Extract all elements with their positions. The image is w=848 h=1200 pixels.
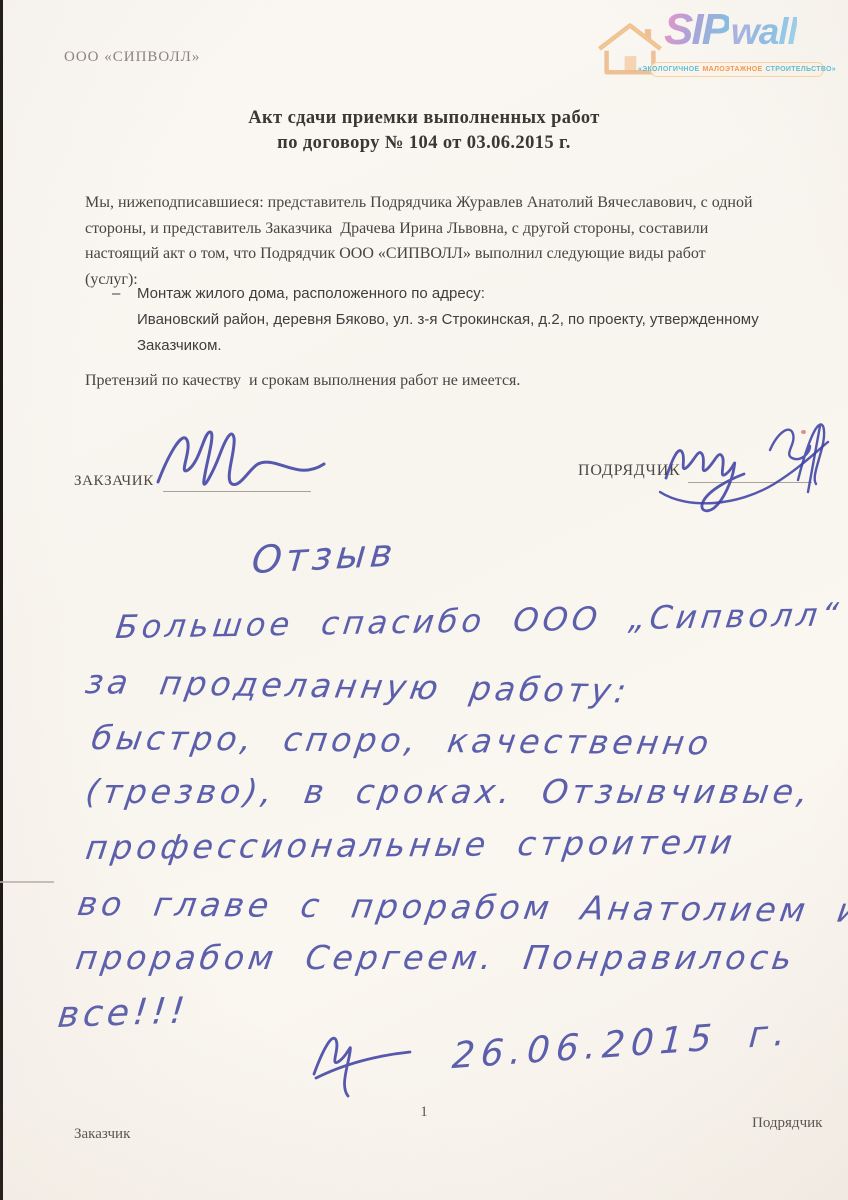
company-name: ООО «СИПВОЛЛ» — [64, 49, 200, 66]
review-line: (трезво), в сроках. Отзывчивые, — [83, 772, 814, 811]
scan-artifact-line — [0, 881, 54, 883]
review-line: быстро, споро, качественно — [89, 718, 715, 762]
work-list: – Монтаж жилого дома, расположенного по … — [112, 281, 759, 359]
intro-paragraph: Мы, нижеподписавшиеся: представитель Под… — [85, 190, 753, 292]
tagline-word: СТРОИТЕЛЬСТВО» — [765, 66, 836, 73]
scanned-document-page: ООО «СИПВОЛЛ» SIPwall «ЭКОЛОГИЧНОЕ МАЛОЭ… — [0, 0, 848, 1200]
claims-statement: Претензий по качеству и срокам выполнени… — [85, 372, 520, 390]
list-dash-marker: – — [112, 281, 137, 307]
customer-signature — [152, 426, 332, 500]
tagline-word: МАЛОЭТАЖНОЕ — [702, 66, 762, 73]
work-item-line: Ивановский район, деревня Бяково, ул. з-… — [137, 307, 759, 333]
document-title: Акт сдачи приемки выполненных работ по д… — [0, 106, 848, 156]
logo-tagline: «ЭКОЛОГИЧНОЕ МАЛОЭТАЖНОЕ СТРОИТЕЛЬСТВО» — [650, 62, 824, 77]
review-title: Отзыв — [250, 530, 398, 582]
review-line: прорабом Сергеем. Понравилось — [73, 938, 798, 977]
intro-line: Мы, нижеподписавшиеся: представитель Под… — [85, 190, 753, 216]
contractor-signature — [652, 416, 842, 522]
review-line: во главе с прорабом Анатолием и — [75, 884, 848, 930]
logo-wordmark: SIPwall — [664, 8, 797, 52]
customer-signature-label: ЗАКЗАЧИК — [74, 473, 154, 490]
title-line-2: по договору № 104 от 03.06.2015 г. — [0, 131, 848, 156]
intro-line: настоящий акт о том, что Подрядчик ООО «… — [85, 241, 753, 267]
work-item-line: Монтаж жилого дома, расположенного по ад… — [137, 281, 485, 307]
review-line: все!!! — [56, 990, 191, 1036]
logo-text-sip: SIP — [664, 8, 729, 52]
footer-customer-label: Заказчик — [74, 1126, 130, 1143]
intro-line: стороны, и представитель Заказчика Драче… — [85, 216, 753, 242]
footer-contractor-label: Подрядчик — [752, 1115, 822, 1132]
scan-edge — [0, 0, 3, 1200]
logo-text-wall: wall — [731, 13, 797, 50]
title-line-1: Акт сдачи приемки выполненных работ — [0, 106, 848, 131]
review-line: профессиональные строители — [83, 822, 738, 867]
sipwall-logo: SIPwall «ЭКОЛОГИЧНОЕ МАЛОЭТАЖНОЕ СТРОИТЕ… — [594, 12, 830, 84]
tagline-word: «ЭКОЛОГИЧНОЕ — [638, 66, 699, 73]
page-number: 1 — [0, 1104, 848, 1121]
review-date: 26.06.2015 г. — [451, 1012, 793, 1077]
review-line: Большое спасибо ООО „Сипволл“ — [114, 595, 844, 646]
review-line: за проделанную работу: — [83, 662, 633, 710]
work-item-line: Заказчиком. — [137, 333, 759, 359]
review-signature — [306, 1020, 426, 1100]
